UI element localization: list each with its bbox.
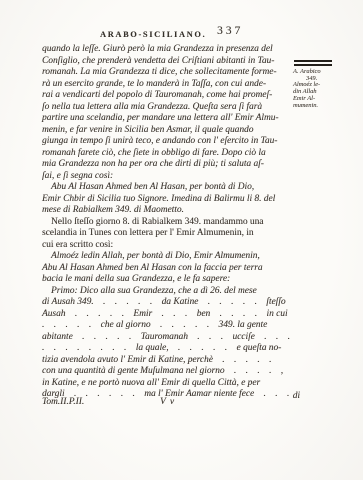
text-line: . . . . . che al giorno . . . . . 349. l…	[42, 320, 307, 332]
volume-signature: Tom.II.P.II.	[42, 397, 84, 407]
catchword: di	[293, 391, 300, 401]
text-line: giunga in tempo ſi unirà teco, e andando…	[42, 136, 307, 148]
text-line: Nello ſteſſo giorno 8. di Rabialkem 349.…	[42, 217, 307, 229]
text-line: romanah. La mia Grandezza ti dice, che s…	[42, 67, 307, 79]
text-line: rai a vendicarti del popolo di Tauromana…	[42, 90, 307, 102]
text-line: con una quantità di gente Muſulmana nel …	[42, 366, 307, 378]
text-line: menin, e far venire in Sicilia ben Asmar…	[42, 125, 307, 137]
text-line: . . . . . . . . la quale, . . . . . e qu…	[42, 343, 307, 355]
text-line: cui era scritto così:	[42, 240, 307, 252]
text-line: ſai, e ſi segna così:	[42, 171, 307, 183]
footer-line: Tom.II.P.II. V v di	[42, 397, 304, 411]
text-line: Abu Al Hasan Ahmed ben Al Hasan, per bon…	[42, 182, 307, 194]
text-line: in Katine, e ne portò nuova all' Emir di…	[42, 378, 307, 390]
gathering-signature: V v	[160, 397, 175, 407]
text-line: romanah farete ciò, che ſiete in obbligo…	[42, 148, 307, 160]
text-line: partire una scelandia, per mandare una l…	[42, 113, 307, 125]
text-line: abitante . . . . . Tauromanah . . . ucci…	[42, 332, 307, 344]
text-line: rà un esercito grande, te lo manderà in …	[42, 79, 307, 91]
running-header-title: ARABO-SICILIANO.	[100, 30, 206, 39]
page-number: 337	[217, 25, 243, 37]
book-page: ARABO-SICILIANO. 337 A. Arabico349.Almoé…	[0, 0, 363, 480]
text-line: scelandia in Tunes con lettera per l' Em…	[42, 228, 307, 240]
text-line: Conſiglio, che prenderà vendetta dei Cri…	[42, 56, 307, 68]
text-line: Ausah . . . . . Emir . . . ben . . . . i…	[42, 309, 307, 321]
text-line: di Ausah 349. . . . . . da Katine . . . …	[42, 297, 307, 309]
text-line: Emir Chbir di Sicilia tuo Signore. Imedi…	[42, 194, 307, 206]
text-line: Primo: Dico alla sua Grandezza, che a dì…	[42, 286, 307, 298]
body-text: quando la leſſe. Giurò però la mia Grand…	[42, 44, 307, 401]
text-line: bacia le mani della sua Grandezza, e le …	[42, 274, 307, 286]
text-line: mese di Rabialkem 349. di Maometto.	[42, 205, 307, 217]
text-line: ſo nella tua lettera alla mia Grandezza.…	[42, 102, 307, 114]
text-line: quando la leſſe. Giurò però la mia Grand…	[42, 44, 307, 56]
text-line: Almoéz ledin Allah, per bontà di Dio, Em…	[42, 251, 307, 263]
text-line: mia Grandezza non ha per ora che dirti d…	[42, 159, 307, 171]
text-line: tizia avendola avuto l' Emir di Katine, …	[42, 355, 307, 367]
text-line: Abu Al Hasan Ahmed ben Al Hasan con la f…	[42, 263, 307, 275]
